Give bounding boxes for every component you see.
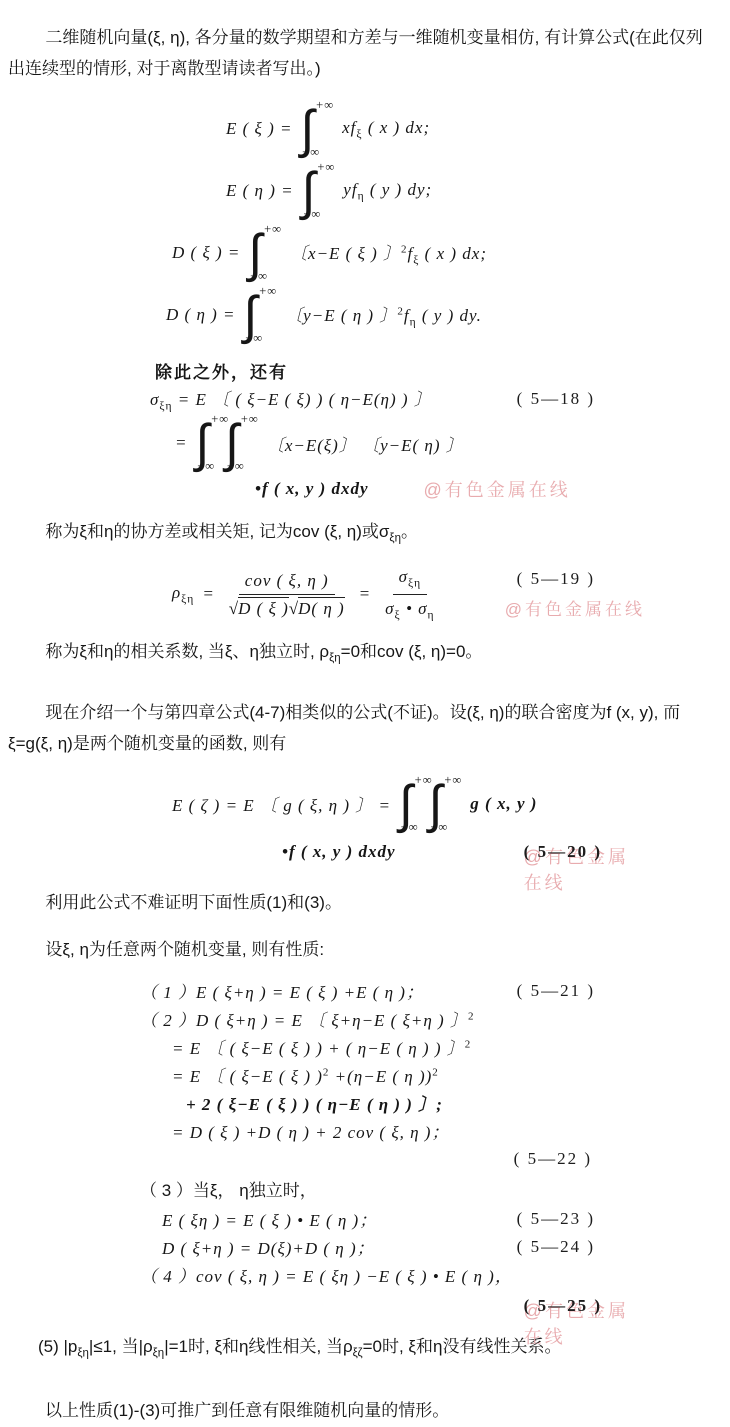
paragraph-intro: 二维随机向量(ξ, η), 各分量的数学期望和方差与一维随机变量相仿, 有计算公…: [8, 22, 714, 84]
equals-sign: =: [175, 433, 187, 453]
formula-lhs: E ( ξ ) =: [226, 119, 292, 139]
fraction-numerator: cov ( ξ, η ): [239, 570, 335, 595]
formula-lhs: E ( ζ ) = E 〔 g ( ξ, η ) 〕 =: [172, 791, 391, 816]
integral-limits: +∞ −∞: [317, 162, 335, 220]
formula-body: + 2 ( ξ−E ( ξ ) ) ( η−E ( η ) ) 〕;: [186, 1090, 443, 1115]
paragraph-text: 。: [401, 522, 418, 541]
formula-5-20-line2: •f ( x, y ) dxdy @有色金属在线 ( 5—20 ): [0, 837, 730, 867]
property-2-number-row: ( 5—22 ): [0, 1145, 730, 1173]
formula-body: E ( ξη ) = E ( ξ ) • E ( η )；: [162, 1206, 377, 1231]
formula-term: （ 2 ）D ( ξ+η ) = E 〔 ξ+η−E ( ξ+η ) 〕: [140, 1011, 468, 1030]
equation-number-5-23: ( 5—23 ): [517, 1209, 730, 1229]
integral-sign: ∫ +∞ −∞: [300, 100, 334, 158]
formula-lhs: D ( ξ ) =: [172, 243, 240, 263]
integral-sign: ∫ +∞ −∞: [429, 775, 463, 833]
integral-sign: ∫ +∞ −∞: [244, 286, 278, 344]
paragraph-text: 称为ξ和η的相关系数, 当ξ、η独立时, ρ: [45, 642, 329, 661]
equation-number-5-24: ( 5—24 ): [517, 1237, 730, 1257]
paragraph-let: 设ξ, η为任意两个随机变量, 则有性质:: [8, 934, 714, 965]
formula-term: ( x ) dx;: [419, 244, 487, 263]
formula-body: = E 〔 ( ξ−E ( ξ ) ) + ( η−E ( η ) ) 〕2: [172, 1034, 471, 1059]
equals-sign: =: [359, 584, 371, 604]
formula-superscript: 2: [468, 1011, 475, 1023]
formula-term: = E 〔 ( ξ−E ( ξ ) ) + ( η−E ( η ) ) 〕: [172, 1039, 465, 1058]
integral-upper-limit: +∞: [316, 98, 334, 113]
formula-body: σξη = E 〔 ( ξ−E ( ξ) ) ( η−E(η) ) 〕: [150, 385, 432, 412]
integral-glyph: ∫: [225, 417, 239, 470]
equation-number-wrap: @有色金属在线 ( 5—25 ): [524, 1296, 730, 1316]
formula-e-xi: E ( ξ ) = ∫ +∞ −∞ xfξ ( x ) dx;: [0, 98, 730, 160]
fraction-sigma: σξη σξ • ση: [379, 566, 440, 623]
integral-glyph: ∫: [399, 778, 413, 831]
equation-number-5-22: ( 5—22 ): [514, 1149, 730, 1169]
formula-term: 〔x−E ( ξ ) 〕: [290, 244, 401, 263]
formula-subscript: ξη: [408, 578, 421, 590]
paragraph-subscript: ξη: [153, 1347, 165, 1359]
formula-body: g ( x, y ): [470, 794, 537, 814]
integral-glyph: ∫: [244, 289, 258, 342]
formula-5-18-line1: σξη = E 〔 ( ξ−E ( ξ) ) ( η−E(η) ) 〕 ( 5—…: [0, 384, 730, 414]
formula-term: xf: [342, 118, 356, 137]
paragraph-subscript: ξη: [329, 653, 341, 665]
property-4-number-row: @有色金属在线 ( 5—25 ): [0, 1289, 730, 1323]
radicand: D( η ): [298, 597, 345, 618]
document-page: 二维随机向量(ξ, η), 各分量的数学期望和方差与一维随机变量相仿, 有计算公…: [0, 0, 730, 1426]
formula-superscript: 2: [432, 1067, 439, 1079]
formula-term: ( y ) dy.: [417, 306, 482, 325]
integral-limits: +∞ −∞: [241, 414, 259, 472]
formula-body: 〔y−E ( η ) 〕2fη ( y ) dy.: [285, 301, 482, 328]
paragraph-text: =0和cov (ξ, η)=0。: [341, 642, 483, 661]
equation-number-column: ( 5—19 ) @有色金属在线: [505, 569, 730, 620]
property-2-line5: = D ( ξ ) +D ( η ) + 2 cov ( ξ, η )；: [0, 1117, 730, 1145]
equation-number-wrap: @有色金属在线 ( 5—20 ): [524, 842, 730, 862]
paragraph-text: (5) |p: [38, 1337, 77, 1356]
formula-body: （ 1 ）E ( ξ+η ) = E ( ξ ) +E ( η )；: [140, 978, 424, 1003]
integral-sign: ∫ +∞ −∞: [399, 775, 433, 833]
watermark: @有色金属在线: [505, 595, 645, 620]
formula-body: 〔x−E ( ξ ) 〕2fξ ( x ) dx;: [290, 239, 487, 266]
formula-term: yf: [343, 180, 357, 199]
paragraph-subscript: ξζ: [353, 1347, 363, 1359]
equation-number-5-21: ( 5—21 ): [517, 981, 730, 1001]
paragraph-intro4: 现在介绍一个与第四章公式(4-7)相类似的公式(不证)。设(ξ, η)的联合密度…: [8, 697, 714, 759]
property-4: （ 4 ）cov ( ξ, η ) = E ( ξη ) −E ( ξ ) • …: [0, 1261, 730, 1289]
integral-upper-limit: +∞: [264, 222, 282, 237]
formula-d-eta: D ( η ) = ∫ +∞ −∞ 〔y−E ( η ) 〕2fη ( y ) …: [0, 284, 730, 346]
section-besides: 除此之外，还有: [0, 356, 730, 384]
equation-number-5-18: ( 5—18 ): [517, 389, 730, 409]
formula-body: •f ( x, y ) dxdy: [282, 842, 396, 862]
integral-upper-limit: +∞: [259, 284, 277, 299]
formula-body: = D ( ξ ) +D ( η ) + 2 cov ( ξ, η )；: [172, 1118, 449, 1143]
formula-subscript: ξη: [159, 401, 172, 413]
formula-lhs: D ( η ) =: [166, 305, 236, 325]
formula-5-20-line1: E ( ζ ) = E 〔 g ( ξ, η ) 〕 = ∫ +∞ −∞ ∫ +…: [0, 775, 730, 833]
integral-sign: ∫ +∞ −∞: [248, 224, 282, 282]
formula-term: σ: [150, 390, 159, 409]
fraction-denominator: √D ( ξ )√D( η ): [223, 595, 351, 619]
property-3-header: （ 3 ）当ξ， η独立时，: [0, 1173, 730, 1205]
paragraph-covariance: 称为ξ和η的协方差或相关矩, 记为cov (ξ, η)或σξη。: [8, 516, 714, 554]
paragraph-correlation: 称为ξ和η的相关系数, 当ξ、η独立时, ρξη=0和cov (ξ, η)=0。: [8, 636, 714, 674]
equation-number-5-19: ( 5—19 ): [517, 569, 595, 589]
formula-term: = E 〔 ( ξ−E ( ξ) ) ( η−E(η) ) 〕: [178, 390, 432, 409]
integral-upper-limit: +∞: [444, 773, 462, 788]
integral-sign: ∫ +∞ −∞: [195, 414, 229, 472]
besides-label: 除此之外，还有: [155, 358, 288, 383]
integral-upper-limit: +∞: [241, 412, 259, 427]
formula-body: 〔x−E(ξ)〕 〔y−E( η) 〕: [267, 431, 464, 456]
formula-term: ( x ) dx;: [363, 118, 431, 137]
formula-term: +(η−E ( η )): [329, 1067, 432, 1086]
property-2-line4: + 2 ( ξ−E ( ξ ) ) ( η−E ( η ) ) 〕;: [0, 1089, 730, 1117]
integral-glyph: ∫: [302, 165, 316, 218]
formula-body: yfη ( y ) dy;: [343, 180, 432, 202]
paragraph-subscript: ξη: [389, 532, 401, 544]
dot-operator: •: [401, 599, 418, 618]
formula-e-eta: E ( η ) = ∫ +∞ −∞ yfη ( y ) dy;: [0, 160, 730, 222]
formula-5-18-line2: = ∫ +∞ −∞ ∫ +∞ −∞ 〔x−E(ξ)〕 〔y−E( η) 〕: [0, 414, 730, 472]
fraction-cov: cov ( ξ, η ) √D ( ξ )√D( η ): [223, 570, 351, 620]
paragraph-final: 以上性质(1)-(3)可推广到任意有限维随机向量的情形。: [8, 1395, 714, 1426]
formula-body: xfξ ( x ) dx;: [342, 118, 430, 140]
property-3-line2: D ( ξ+η ) = D(ξ)+D ( η )； ( 5—24 ): [0, 1233, 730, 1261]
formula-body: •f ( x, y ) dxdy: [255, 479, 369, 499]
formula-d-xi: D ( ξ ) = ∫ +∞ −∞ 〔x−E ( ξ ) 〕2fξ ( x ) …: [0, 222, 730, 284]
integral-sign: ∫ +∞ −∞: [225, 414, 259, 472]
formula-term: σ: [418, 599, 427, 618]
formula-5-18-line3: •f ( x, y ) dxdy @有色金属在线: [0, 474, 730, 504]
equals-sign: =: [202, 584, 214, 604]
property-1: （ 1 ）E ( ξ+η ) = E ( ξ ) +E ( η )； ( 5—2…: [0, 977, 730, 1005]
formula-term: ρ: [172, 583, 181, 602]
property-3-label: （ 3 ）当ξ， η独立时，: [140, 1176, 317, 1201]
property-2-line3: = E 〔 ( ξ−E ( ξ ) )2 +(η−E ( η ))2: [0, 1061, 730, 1089]
formula-term: σ: [385, 599, 394, 618]
fraction-denominator: σξ • ση: [379, 595, 440, 623]
paragraph-subscript: ξη: [77, 1347, 89, 1359]
formula-superscript: 2: [465, 1039, 472, 1051]
formula-term: σ: [399, 567, 408, 586]
radicand: D ( ξ ): [238, 597, 289, 618]
formula-lhs: E ( η ) =: [226, 181, 294, 201]
formula-term: 〔y−E ( η ) 〕: [285, 306, 397, 325]
property-3-line1: E ( ξη ) = E ( ξ ) • E ( η )； ( 5—23 ): [0, 1205, 730, 1233]
property-2-line1: （ 2 ）D ( ξ+η ) = E 〔 ξ+η−E ( ξ+η ) 〕2: [0, 1005, 730, 1033]
paragraph-text: |≤1, 当|ρ: [89, 1337, 153, 1356]
paragraph-text: 称为ξ和η的协方差或相关矩, 记为cov (ξ, η)或σ: [45, 522, 389, 541]
formula-body: = E 〔 ( ξ−E ( ξ ) )2 +(η−E ( η ))2: [172, 1062, 439, 1087]
integral-upper-limit: +∞: [317, 160, 335, 175]
integral-glyph: ∫: [429, 778, 443, 831]
formula-lhs: ρξη: [172, 583, 194, 605]
paragraph-text: |=1时, ξ和η线性相关, 当ρ: [164, 1337, 352, 1356]
formula-subscript: η: [410, 317, 417, 329]
formula-subscript: η: [428, 609, 435, 621]
property-2-line2: = E 〔 ( ξ−E ( ξ ) ) + ( η−E ( η ) ) 〕2: [0, 1033, 730, 1061]
integral-limits: +∞ −∞: [444, 775, 462, 833]
formula-term: = E 〔 ( ξ−E ( ξ ) ): [172, 1067, 323, 1086]
equation-number-5-25: ( 5—25 ): [524, 1296, 602, 1315]
formula-term: ( y ) dy;: [365, 180, 433, 199]
formula-body: （ 4 ）cov ( ξ, η ) = E ( ξη ) −E ( ξ ) • …: [140, 1262, 513, 1287]
watermark: @有色金属在线: [424, 476, 571, 502]
formula-body: （ 2 ）D ( ξ+η ) = E 〔 ξ+η−E ( ξ+η ) 〕2: [140, 1006, 474, 1031]
formula-subscript: η: [358, 190, 365, 202]
fraction-numerator: σξη: [393, 566, 428, 595]
integral-glyph: ∫: [195, 417, 209, 470]
integral-limits: +∞ −∞: [264, 224, 282, 282]
formula-body: D ( ξ+η ) = D(ξ)+D ( η )；: [162, 1234, 375, 1259]
integral-sign: ∫ +∞ −∞: [302, 162, 336, 220]
integral-limits: +∞ −∞: [259, 286, 277, 344]
integral-glyph: ∫: [248, 227, 262, 280]
integral-glyph: ∫: [300, 103, 314, 156]
integral-limits: +∞ −∞: [316, 100, 334, 158]
formula-subscript: ξη: [181, 594, 194, 606]
formula-5-19: ρξη = cov ( ξ, η ) √D ( ξ )√D( η ) = σξη…: [0, 558, 730, 630]
equation-number-5-20: ( 5—20 ): [524, 842, 602, 861]
